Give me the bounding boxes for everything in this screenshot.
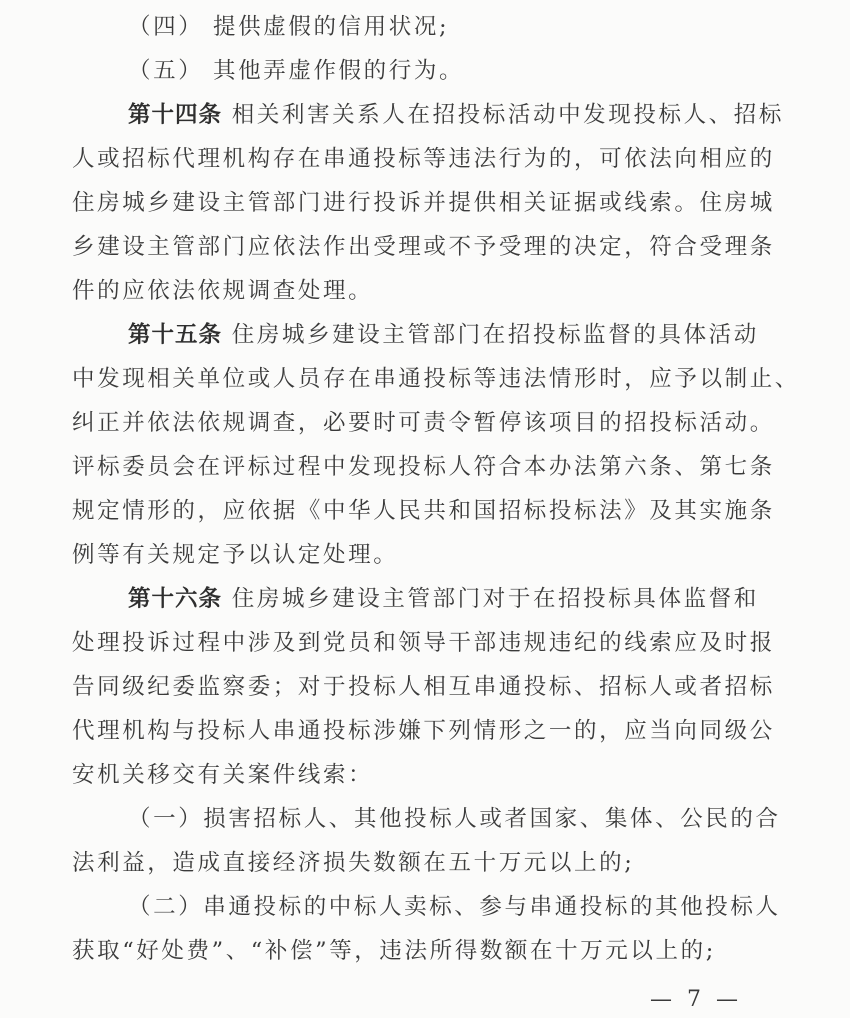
line-text: 代理机构与投标人串通投标涉嫌下列情形之一的，应当向同级公 <box>72 718 775 744</box>
text-line: 住房城乡建设主管部门进行投诉并提供相关证据或线索。住房城 <box>72 188 772 218</box>
article-number: 第十四条 <box>128 102 222 128</box>
text-line: （五） 其他弄虚作假的行为。 <box>128 56 828 86</box>
text-line: （二）串通投标的中标人卖标、参与串通投标的其他投标人 <box>128 892 828 922</box>
text-line: 获取“好处费”、“补偿”等，违法所得数额在十万元以上的; <box>72 936 772 966</box>
line-text: （五） 其他弄虚作假的行为。 <box>128 58 464 84</box>
line-text: 住房城乡建设主管部门对于在招投标具体监督和 <box>222 586 759 612</box>
line-text: 中发现相关单位或人员存在串通投标等违法情形时，应予以制止、 <box>72 366 800 392</box>
document-page: （四） 提供虚假的信用状况;（五） 其他弄虚作假的行为。第十四条 相关利害关系人… <box>0 0 850 1018</box>
page-number: — 7 — <box>650 985 742 1015</box>
line-text: 纠正并依法依规调查，必要时可责令暂停该项目的招投标活动。 <box>72 410 775 436</box>
line-text: 人或招标代理机构存在串通投标等违法行为的，可依法向相应的 <box>72 146 775 172</box>
text-line: 纠正并依法依规调查，必要时可责令暂停该项目的招投标活动。 <box>72 408 772 438</box>
line-text: 住房城乡建设主管部门进行投诉并提供相关证据或线索。住房城 <box>72 190 775 216</box>
text-line: 法利益，造成直接经济损失数额在五十万元以上的; <box>72 848 772 878</box>
article-number: 第十六条 <box>128 586 222 612</box>
text-line: 人或招标代理机构存在串通投标等违法行为的，可依法向相应的 <box>72 144 772 174</box>
line-text: 相关利害关系人在招投标活动中发现投标人、招标 <box>222 102 784 128</box>
text-line: （一）损害招标人、其他投标人或者国家、集体、公民的合 <box>128 804 828 834</box>
line-text: 安机关移交有关案件线索： <box>72 762 373 788</box>
line-text: 评标委员会在评标过程中发现投标人符合本办法第六条、第七条 <box>72 454 775 480</box>
line-text: 规定情形的，应依据《中华人民共和国招标投标法》及其实施条 <box>72 498 775 524</box>
line-text: （二）串通投标的中标人卖标、参与串通投标的其他投标人 <box>128 894 781 920</box>
line-text: 乡建设主管部门应依法作出受理或不予受理的决定，符合受理条 <box>72 234 775 260</box>
line-text: 例等有关规定予以认定处理。 <box>72 542 398 568</box>
line-text: 告同级纪委监察委；对于投标人相互串通投标、招标人或者招标 <box>72 674 775 700</box>
text-line: 安机关移交有关案件线索： <box>72 760 772 790</box>
text-line: 代理机构与投标人串通投标涉嫌下列情形之一的，应当向同级公 <box>72 716 772 746</box>
article-number: 第十五条 <box>128 322 222 348</box>
line-text: （四） 提供虚假的信用状况; <box>128 14 449 40</box>
line-text: 获取“好处费”、“补偿”等，违法所得数额在十万元以上的; <box>72 938 716 964</box>
line-text: 处理投诉过程中涉及到党员和领导干部违规违纪的线索应及时报 <box>72 630 775 656</box>
text-line: 中发现相关单位或人员存在串通投标等违法情形时，应予以制止、 <box>72 364 772 394</box>
text-line: 乡建设主管部门应依法作出受理或不予受理的决定，符合受理条 <box>72 232 772 262</box>
text-line: 评标委员会在评标过程中发现投标人符合本办法第六条、第七条 <box>72 452 772 482</box>
article-heading-line: 第十四条 相关利害关系人在招投标活动中发现投标人、招标 <box>128 100 828 130</box>
line-text: 法利益，造成直接经济损失数额在五十万元以上的; <box>72 850 634 876</box>
line-text: （一）损害招标人、其他投标人或者国家、集体、公民的合 <box>128 806 781 832</box>
text-line: 规定情形的，应依据《中华人民共和国招标投标法》及其实施条 <box>72 496 772 526</box>
line-text: 件的应依法依规调查处理。 <box>72 278 373 304</box>
article-heading-line: 第十五条 住房城乡建设主管部门在招投标监督的具体活动 <box>128 320 828 350</box>
text-line: 处理投诉过程中涉及到党员和领导干部违规违纪的线索应及时报 <box>72 628 772 658</box>
text-line: （四） 提供虚假的信用状况; <box>128 12 828 42</box>
article-heading-line: 第十六条 住房城乡建设主管部门对于在招投标具体监督和 <box>128 584 828 614</box>
text-line: 例等有关规定予以认定处理。 <box>72 540 772 570</box>
text-line: 件的应依法依规调查处理。 <box>72 276 772 306</box>
line-text: 住房城乡建设主管部门在招投标监督的具体活动 <box>222 322 759 348</box>
text-line: 告同级纪委监察委；对于投标人相互串通投标、招标人或者招标 <box>72 672 772 702</box>
